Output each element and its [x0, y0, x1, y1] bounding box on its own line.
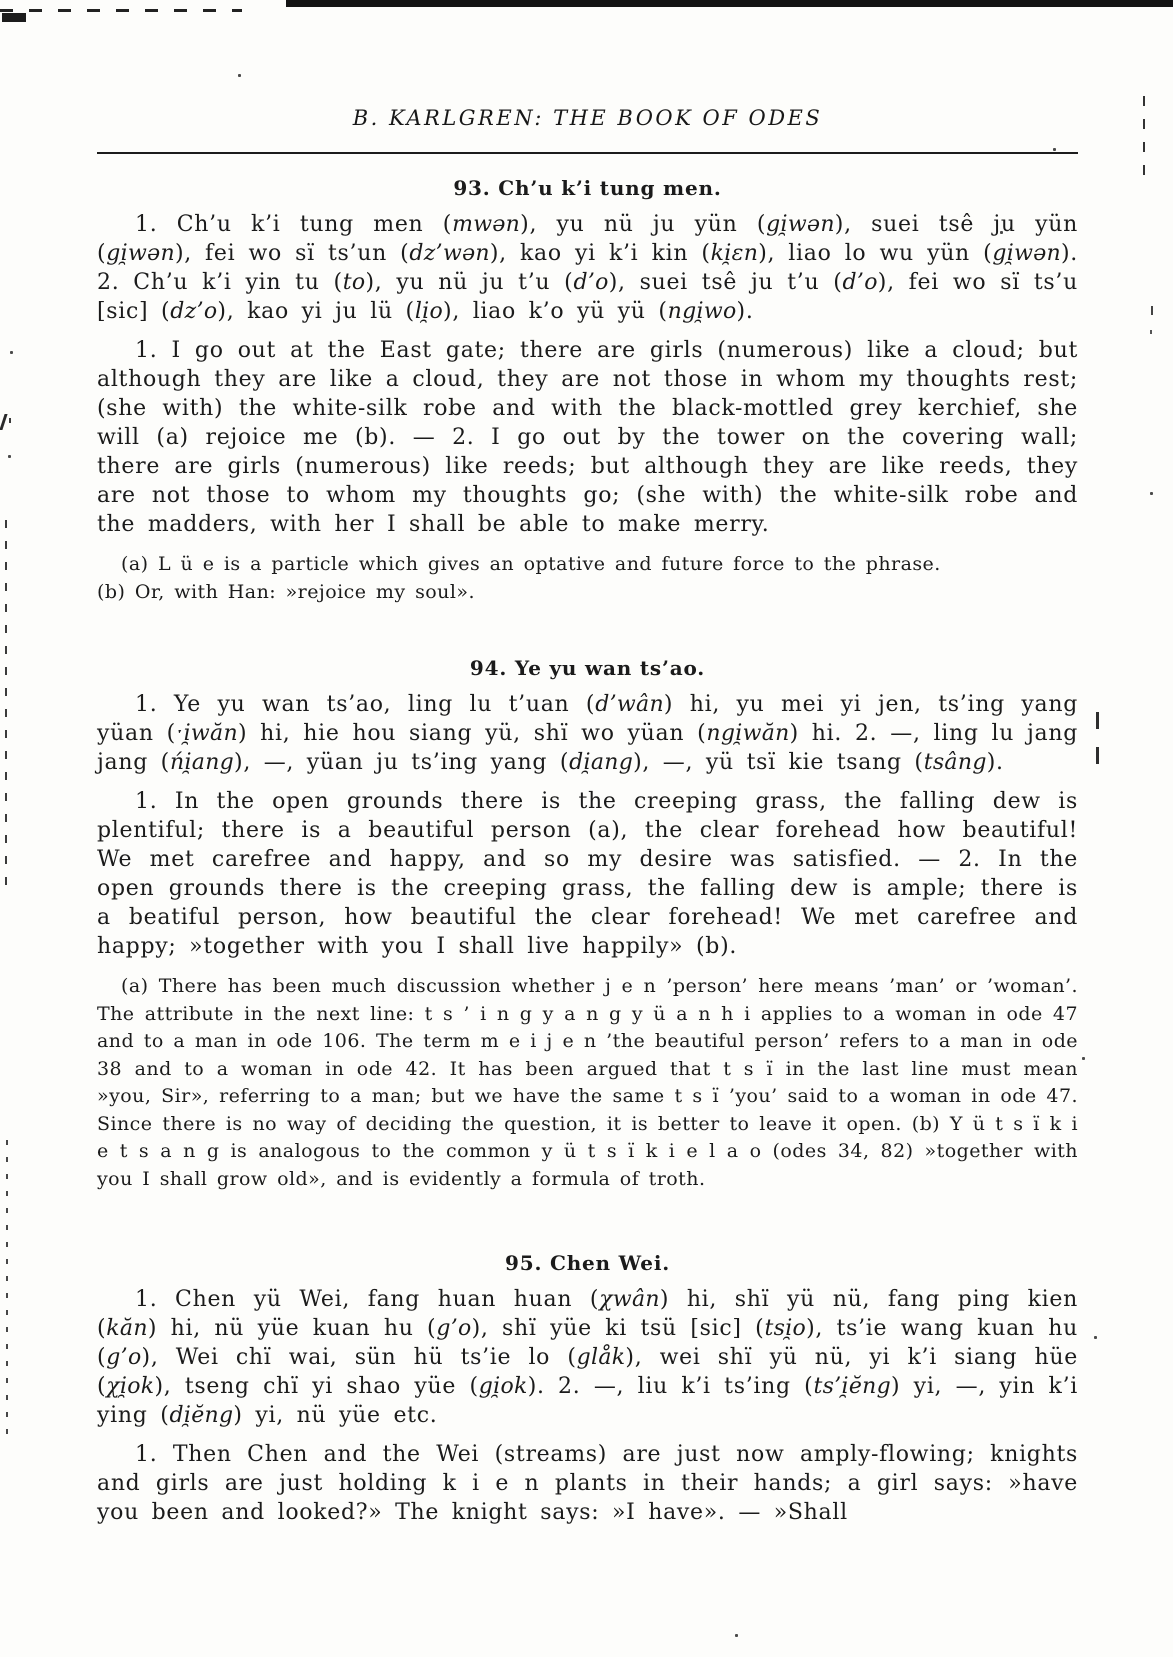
ode-93-note-a: (a) L ü e is a particle which gives an o… — [97, 551, 1078, 579]
ode-94-translation: 1. In the open grounds there is the cree… — [97, 787, 1078, 961]
ode-93-translation: 1. I go out at the East gate; there are … — [97, 336, 1078, 539]
scan-artifact-top-bar — [286, 0, 1173, 7]
scan-artifact — [1096, 747, 1099, 764]
scan-artifact-dot — [10, 351, 13, 354]
scan-artifact — [1096, 712, 1099, 729]
scan-artifact-top-blob — [2, 13, 26, 22]
scan-artifact-dot — [1082, 1057, 1085, 1060]
scan-artifact — [9, 418, 11, 423]
scan-artifact-left-dashes — [6, 1140, 8, 1440]
scan-artifact — [1150, 330, 1152, 334]
scan-artifact — [0, 414, 8, 430]
ode-94-heading: 94. Ye yu wan ts’ao. — [97, 656, 1078, 680]
ode-95-transcription: 1. Chen yü Wei, fang huan huan (χwân) hi… — [97, 1285, 1078, 1430]
ode-93-heading: 93. Ch’u k’i tung men. — [97, 176, 1078, 200]
scan-artifact — [1151, 306, 1153, 315]
ode-section-93: 93. Ch’u k’i tung men. 1. Ch’u k’i tung … — [97, 176, 1078, 606]
scanned-page: B. KARLGREN: THE BOOK OF ODES 93. Ch’u k… — [0, 0, 1173, 1657]
header-rule — [97, 152, 1078, 154]
ode-section-94: 94. Ye yu wan ts’ao. 1. Ye yu wan ts’ao,… — [97, 656, 1078, 1193]
scan-artifact-left-dashes — [5, 520, 7, 892]
scan-artifact-top-dashes — [0, 9, 242, 12]
scan-artifact-dot — [238, 74, 241, 77]
scan-artifact-dot — [1150, 492, 1153, 495]
ode-95-translation: 1. Then Chen and the Wei (streams) are j… — [97, 1440, 1078, 1527]
ode-94-transcription: 1. Ye yu wan ts’ao, ling lu t’uan (d’wân… — [97, 690, 1078, 777]
scan-artifact-right-ticks — [1143, 96, 1145, 186]
running-header: B. KARLGREN: THE BOOK OF ODES — [97, 106, 1078, 130]
ode-95-heading: 95. Chen Wei. — [97, 1251, 1078, 1275]
scan-artifact-dot — [8, 455, 11, 458]
ode-93-transcription: 1. Ch’u k’i tung men (mwən), yu nü ju yü… — [97, 210, 1078, 326]
scan-artifact-dot — [735, 1634, 738, 1637]
ode-94-notes: (a) There has been much discussion wheth… — [97, 973, 1078, 1193]
ode-section-95: 95. Chen Wei. 1. Chen yü Wei, fang huan … — [97, 1251, 1078, 1527]
page-content: B. KARLGREN: THE BOOK OF ODES 93. Ch’u k… — [97, 106, 1078, 1527]
scan-artifact-dot — [1094, 1336, 1097, 1339]
ode-93-note-b: (b) Or, with Han: »rejoice my soul». — [97, 579, 1078, 607]
